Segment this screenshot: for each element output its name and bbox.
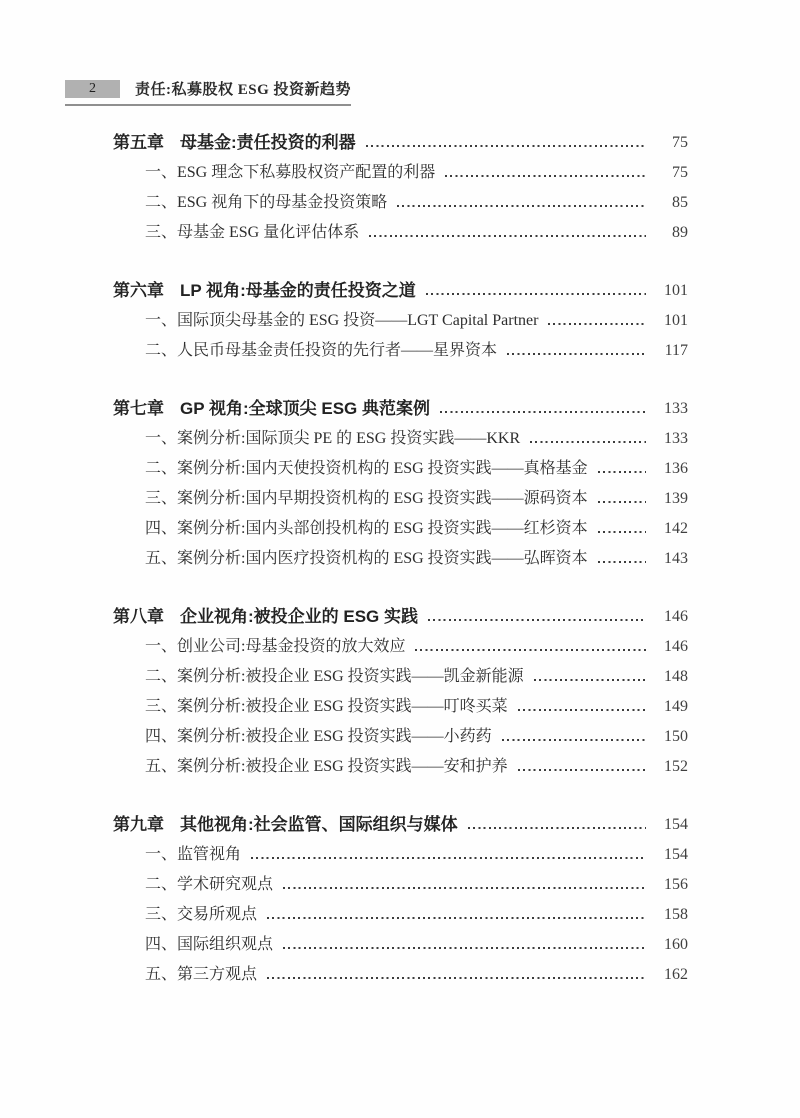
dot-leader [507, 336, 646, 366]
toc-item-row: 一、监管视角 154 [113, 840, 688, 870]
chapter-title: 母基金:责任投资的利器 [180, 128, 356, 158]
toc-item-row: 一、创业公司:母基金投资的放大效应 146 [113, 632, 688, 662]
chapter-items: 一、监管视角 154 二、学术研究观点 156 三、交易所观点 158 四、国际… [113, 840, 688, 990]
chapter-items: 一、创业公司:母基金投资的放大效应 146 二、案例分析:被投企业 ESG 投资… [113, 632, 688, 782]
dot-leader [251, 840, 646, 870]
table-of-contents: 第五章 母基金:责任投资的利器 75 一、ESG 理念下私募股权资产配置的利器 … [113, 128, 688, 990]
dot-leader [369, 218, 646, 248]
toc-item-row: 二、人民币母基金责任投资的先行者——星界资本 117 [113, 336, 688, 366]
toc-item-row: 五、案例分析:国内医疗投资机构的 ESG 投资实践——弘晖资本 143 [113, 544, 688, 574]
toc-chapter-row: 第七章 GP 视角:全球顶尖 ESG 典范案例 133 [113, 394, 688, 424]
toc-item-title: 一、ESG 理念下私募股权资产配置的利器 [145, 158, 435, 188]
toc-item-row: 二、学术研究观点 156 [113, 870, 688, 900]
toc-chapter: 第九章 其他视角:社会监管、国际组织与媒体 154 一、监管视角 154 二、学… [113, 810, 688, 990]
toc-item-page-number: 156 [654, 870, 688, 900]
chapter-title: 企业视角:被投企业的 ESG 实践 [180, 602, 418, 632]
toc-item-row: 三、交易所观点 158 [113, 900, 688, 930]
toc-item-row: 五、案例分析:被投企业 ESG 投资实践——安和护养 152 [113, 752, 688, 782]
toc-item-row: 二、案例分析:被投企业 ESG 投资实践——凯金新能源 148 [113, 662, 688, 692]
dot-leader [502, 722, 646, 752]
dot-leader [366, 128, 646, 158]
toc-item-title: 二、案例分析:国内天使投资机构的 ESG 投资实践——真格基金 [145, 454, 588, 484]
toc-item-row: 三、案例分析:被投企业 ESG 投资实践——叮咚买菜 149 [113, 692, 688, 722]
chapter-number: 第八章 [113, 602, 164, 632]
toc-item-page-number: 85 [654, 188, 688, 218]
toc-item-row: 三、案例分析:国内早期投资机构的 ESG 投资实践——源码资本 139 [113, 484, 688, 514]
dot-leader [397, 188, 646, 218]
toc-item-row: 三、母基金 ESG 量化评估体系 89 [113, 218, 688, 248]
toc-item-title: 一、监管视角 [145, 840, 241, 870]
toc-item-title: 二、案例分析:被投企业 ESG 投资实践——凯金新能源 [145, 662, 524, 692]
chapter-number: 第七章 [113, 394, 164, 424]
dot-leader [518, 752, 646, 782]
folio-page-number: 2 [65, 80, 120, 98]
toc-item-title: 五、第三方观点 [145, 960, 257, 990]
chapter-items: 一、案例分析:国际顶尖 PE 的 ESG 投资实践——KKR 133 二、案例分… [113, 424, 688, 574]
toc-item-page-number: 160 [654, 930, 688, 960]
toc-item-title: 五、案例分析:国内医疗投资机构的 ESG 投资实践——弘晖资本 [145, 544, 588, 574]
toc-item-page-number: 146 [654, 632, 688, 662]
toc-item-row: 一、ESG 理念下私募股权资产配置的利器 75 [113, 158, 688, 188]
dot-leader [530, 424, 646, 454]
toc-item-row: 二、ESG 视角下的母基金投资策略 85 [113, 188, 688, 218]
toc-item-page-number: 143 [654, 544, 688, 574]
toc-item-row: 五、第三方观点 162 [113, 960, 688, 990]
toc-chapter-row: 第九章 其他视角:社会监管、国际组织与媒体 154 [113, 810, 688, 840]
toc-item-page-number: 162 [654, 960, 688, 990]
toc-item-page-number: 89 [654, 218, 688, 248]
dot-leader [468, 810, 646, 840]
dot-leader [426, 276, 646, 306]
dot-leader [598, 454, 646, 484]
toc-item-row: 四、案例分析:国内头部创投机构的 ESG 投资实践——红杉资本 142 [113, 514, 688, 544]
chapter-page-number: 146 [654, 602, 688, 632]
chapter-number: 第五章 [113, 128, 164, 158]
toc-item-page-number: 117 [654, 336, 688, 366]
dot-leader [598, 484, 646, 514]
chapter-page-number: 154 [654, 810, 688, 840]
toc-chapter-row: 第五章 母基金:责任投资的利器 75 [113, 128, 688, 158]
dot-leader [428, 602, 646, 632]
toc-item-page-number: 152 [654, 752, 688, 782]
toc-item-title: 一、国际顶尖母基金的 ESG 投资——LGT Capital Partner [145, 306, 538, 336]
chapter-items: 一、国际顶尖母基金的 ESG 投资——LGT Capital Partner 1… [113, 306, 688, 366]
toc-item-title: 四、案例分析:国内头部创投机构的 ESG 投资实践——红杉资本 [145, 514, 588, 544]
toc-chapter: 第六章 LP 视角:母基金的责任投资之道 101 一、国际顶尖母基金的 ESG … [113, 276, 688, 366]
toc-item-title: 三、母基金 ESG 量化评估体系 [145, 218, 359, 248]
chapter-title: LP 视角:母基金的责任投资之道 [180, 276, 416, 306]
toc-item-page-number: 142 [654, 514, 688, 544]
toc-item-row: 四、国际组织观点 160 [113, 930, 688, 960]
chapter-title: 其他视角:社会监管、国际组织与媒体 [180, 810, 458, 840]
chapter-items: 一、ESG 理念下私募股权资产配置的利器 75 二、ESG 视角下的母基金投资策… [113, 158, 688, 248]
toc-item-title: 二、学术研究观点 [145, 870, 273, 900]
toc-item-page-number: 158 [654, 900, 688, 930]
toc-chapter: 第五章 母基金:责任投资的利器 75 一、ESG 理念下私募股权资产配置的利器 … [113, 128, 688, 248]
chapter-number: 第九章 [113, 810, 164, 840]
toc-item-title: 二、ESG 视角下的母基金投资策略 [145, 188, 387, 218]
running-title: 责任:私募股权 ESG 投资新趋势 [135, 78, 351, 99]
chapter-page-number: 101 [654, 276, 688, 306]
toc-chapter-row: 第六章 LP 视角:母基金的责任投资之道 101 [113, 276, 688, 306]
toc-item-page-number: 136 [654, 454, 688, 484]
toc-item-page-number: 139 [654, 484, 688, 514]
toc-item-page-number: 133 [654, 424, 688, 454]
toc-item-title: 四、国际组织观点 [145, 930, 273, 960]
toc-item-page-number: 148 [654, 662, 688, 692]
toc-item-row: 二、案例分析:国内天使投资机构的 ESG 投资实践——真格基金 136 [113, 454, 688, 484]
toc-item-title: 五、案例分析:被投企业 ESG 投资实践——安和护养 [145, 752, 508, 782]
dot-leader [598, 514, 646, 544]
toc-chapter-row: 第八章 企业视角:被投企业的 ESG 实践 146 [113, 602, 688, 632]
toc-item-page-number: 75 [654, 158, 688, 188]
toc-item-title: 二、人民币母基金责任投资的先行者——星界资本 [145, 336, 497, 366]
dot-leader [548, 306, 646, 336]
dot-leader [440, 394, 646, 424]
toc-item-page-number: 154 [654, 840, 688, 870]
dot-leader [534, 662, 646, 692]
toc-item-row: 一、国际顶尖母基金的 ESG 投资——LGT Capital Partner 1… [113, 306, 688, 336]
dot-leader [267, 960, 646, 990]
toc-item-title: 一、案例分析:国际顶尖 PE 的 ESG 投资实践——KKR [145, 424, 520, 454]
dot-leader [283, 930, 646, 960]
toc-item-page-number: 101 [654, 306, 688, 336]
chapter-number: 第六章 [113, 276, 164, 306]
dot-leader [598, 544, 646, 574]
dot-leader [267, 900, 646, 930]
dot-leader [415, 632, 646, 662]
toc-item-row: 四、案例分析:被投企业 ESG 投资实践——小药药 150 [113, 722, 688, 752]
toc-item-title: 四、案例分析:被投企业 ESG 投资实践——小药药 [145, 722, 492, 752]
chapter-page-number: 133 [654, 394, 688, 424]
dot-leader [283, 870, 646, 900]
page-header: 2 责任:私募股权 ESG 投资新趋势 [65, 78, 351, 106]
chapter-page-number: 75 [654, 128, 688, 158]
dot-leader [518, 692, 646, 722]
toc-chapter: 第八章 企业视角:被投企业的 ESG 实践 146 一、创业公司:母基金投资的放… [113, 602, 688, 782]
toc-item-title: 一、创业公司:母基金投资的放大效应 [145, 632, 405, 662]
toc-chapter: 第七章 GP 视角:全球顶尖 ESG 典范案例 133 一、案例分析:国际顶尖 … [113, 394, 688, 574]
chapter-title: GP 视角:全球顶尖 ESG 典范案例 [180, 394, 430, 424]
toc-item-title: 三、案例分析:被投企业 ESG 投资实践——叮咚买菜 [145, 692, 508, 722]
toc-item-page-number: 150 [654, 722, 688, 752]
dot-leader [445, 158, 646, 188]
toc-item-title: 三、案例分析:国内早期投资机构的 ESG 投资实践——源码资本 [145, 484, 588, 514]
toc-item-page-number: 149 [654, 692, 688, 722]
toc-item-row: 一、案例分析:国际顶尖 PE 的 ESG 投资实践——KKR 133 [113, 424, 688, 454]
toc-item-title: 三、交易所观点 [145, 900, 257, 930]
